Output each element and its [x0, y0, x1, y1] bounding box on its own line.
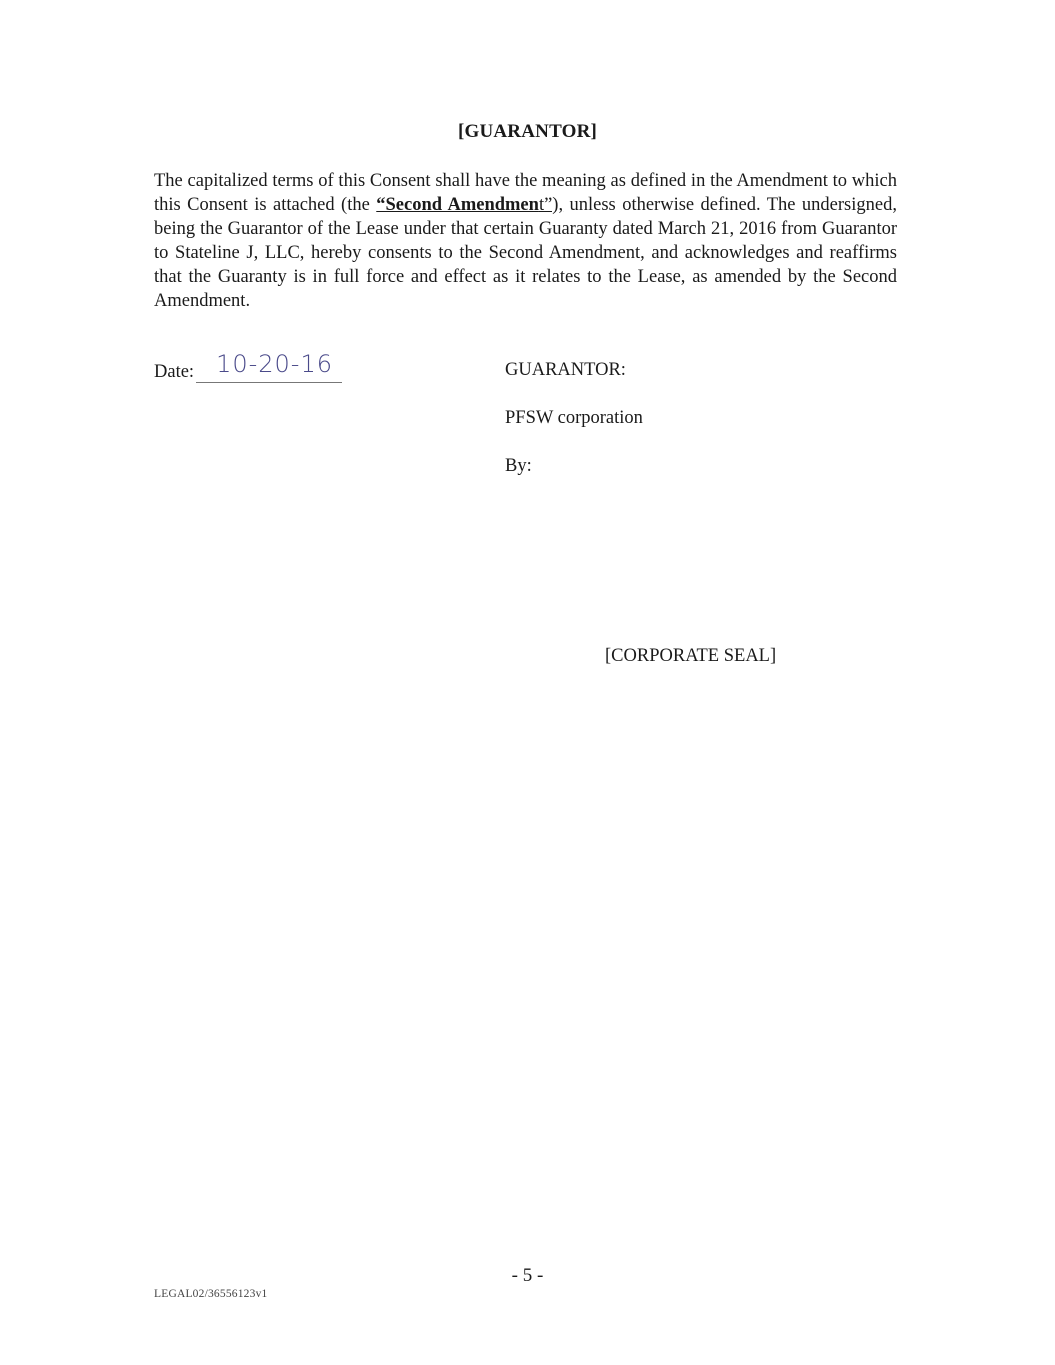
guarantor-entity: PFSW corporation — [505, 408, 643, 429]
document-id-footer: LEGAL02/36556123v1 — [154, 1288, 267, 1300]
page-number: - 5 - — [0, 1265, 1055, 1287]
consent-paragraph: The capitalized terms of this Consent sh… — [154, 169, 897, 313]
corporate-seal-placeholder: [CORPORATE SEAL] — [605, 646, 776, 667]
date-field: Date: 10-20-16 — [154, 358, 342, 383]
document-title: [GUARANTOR] — [0, 121, 1055, 143]
handwritten-date: 10-20-16 — [216, 350, 333, 378]
date-label: Date: — [154, 362, 194, 383]
date-signature-line: 10-20-16 — [196, 358, 342, 383]
by-label: By: — [505, 456, 532, 477]
guarantor-heading: GUARANTOR: — [505, 360, 626, 381]
defined-term: “Second Amendment”), — [376, 195, 563, 215]
